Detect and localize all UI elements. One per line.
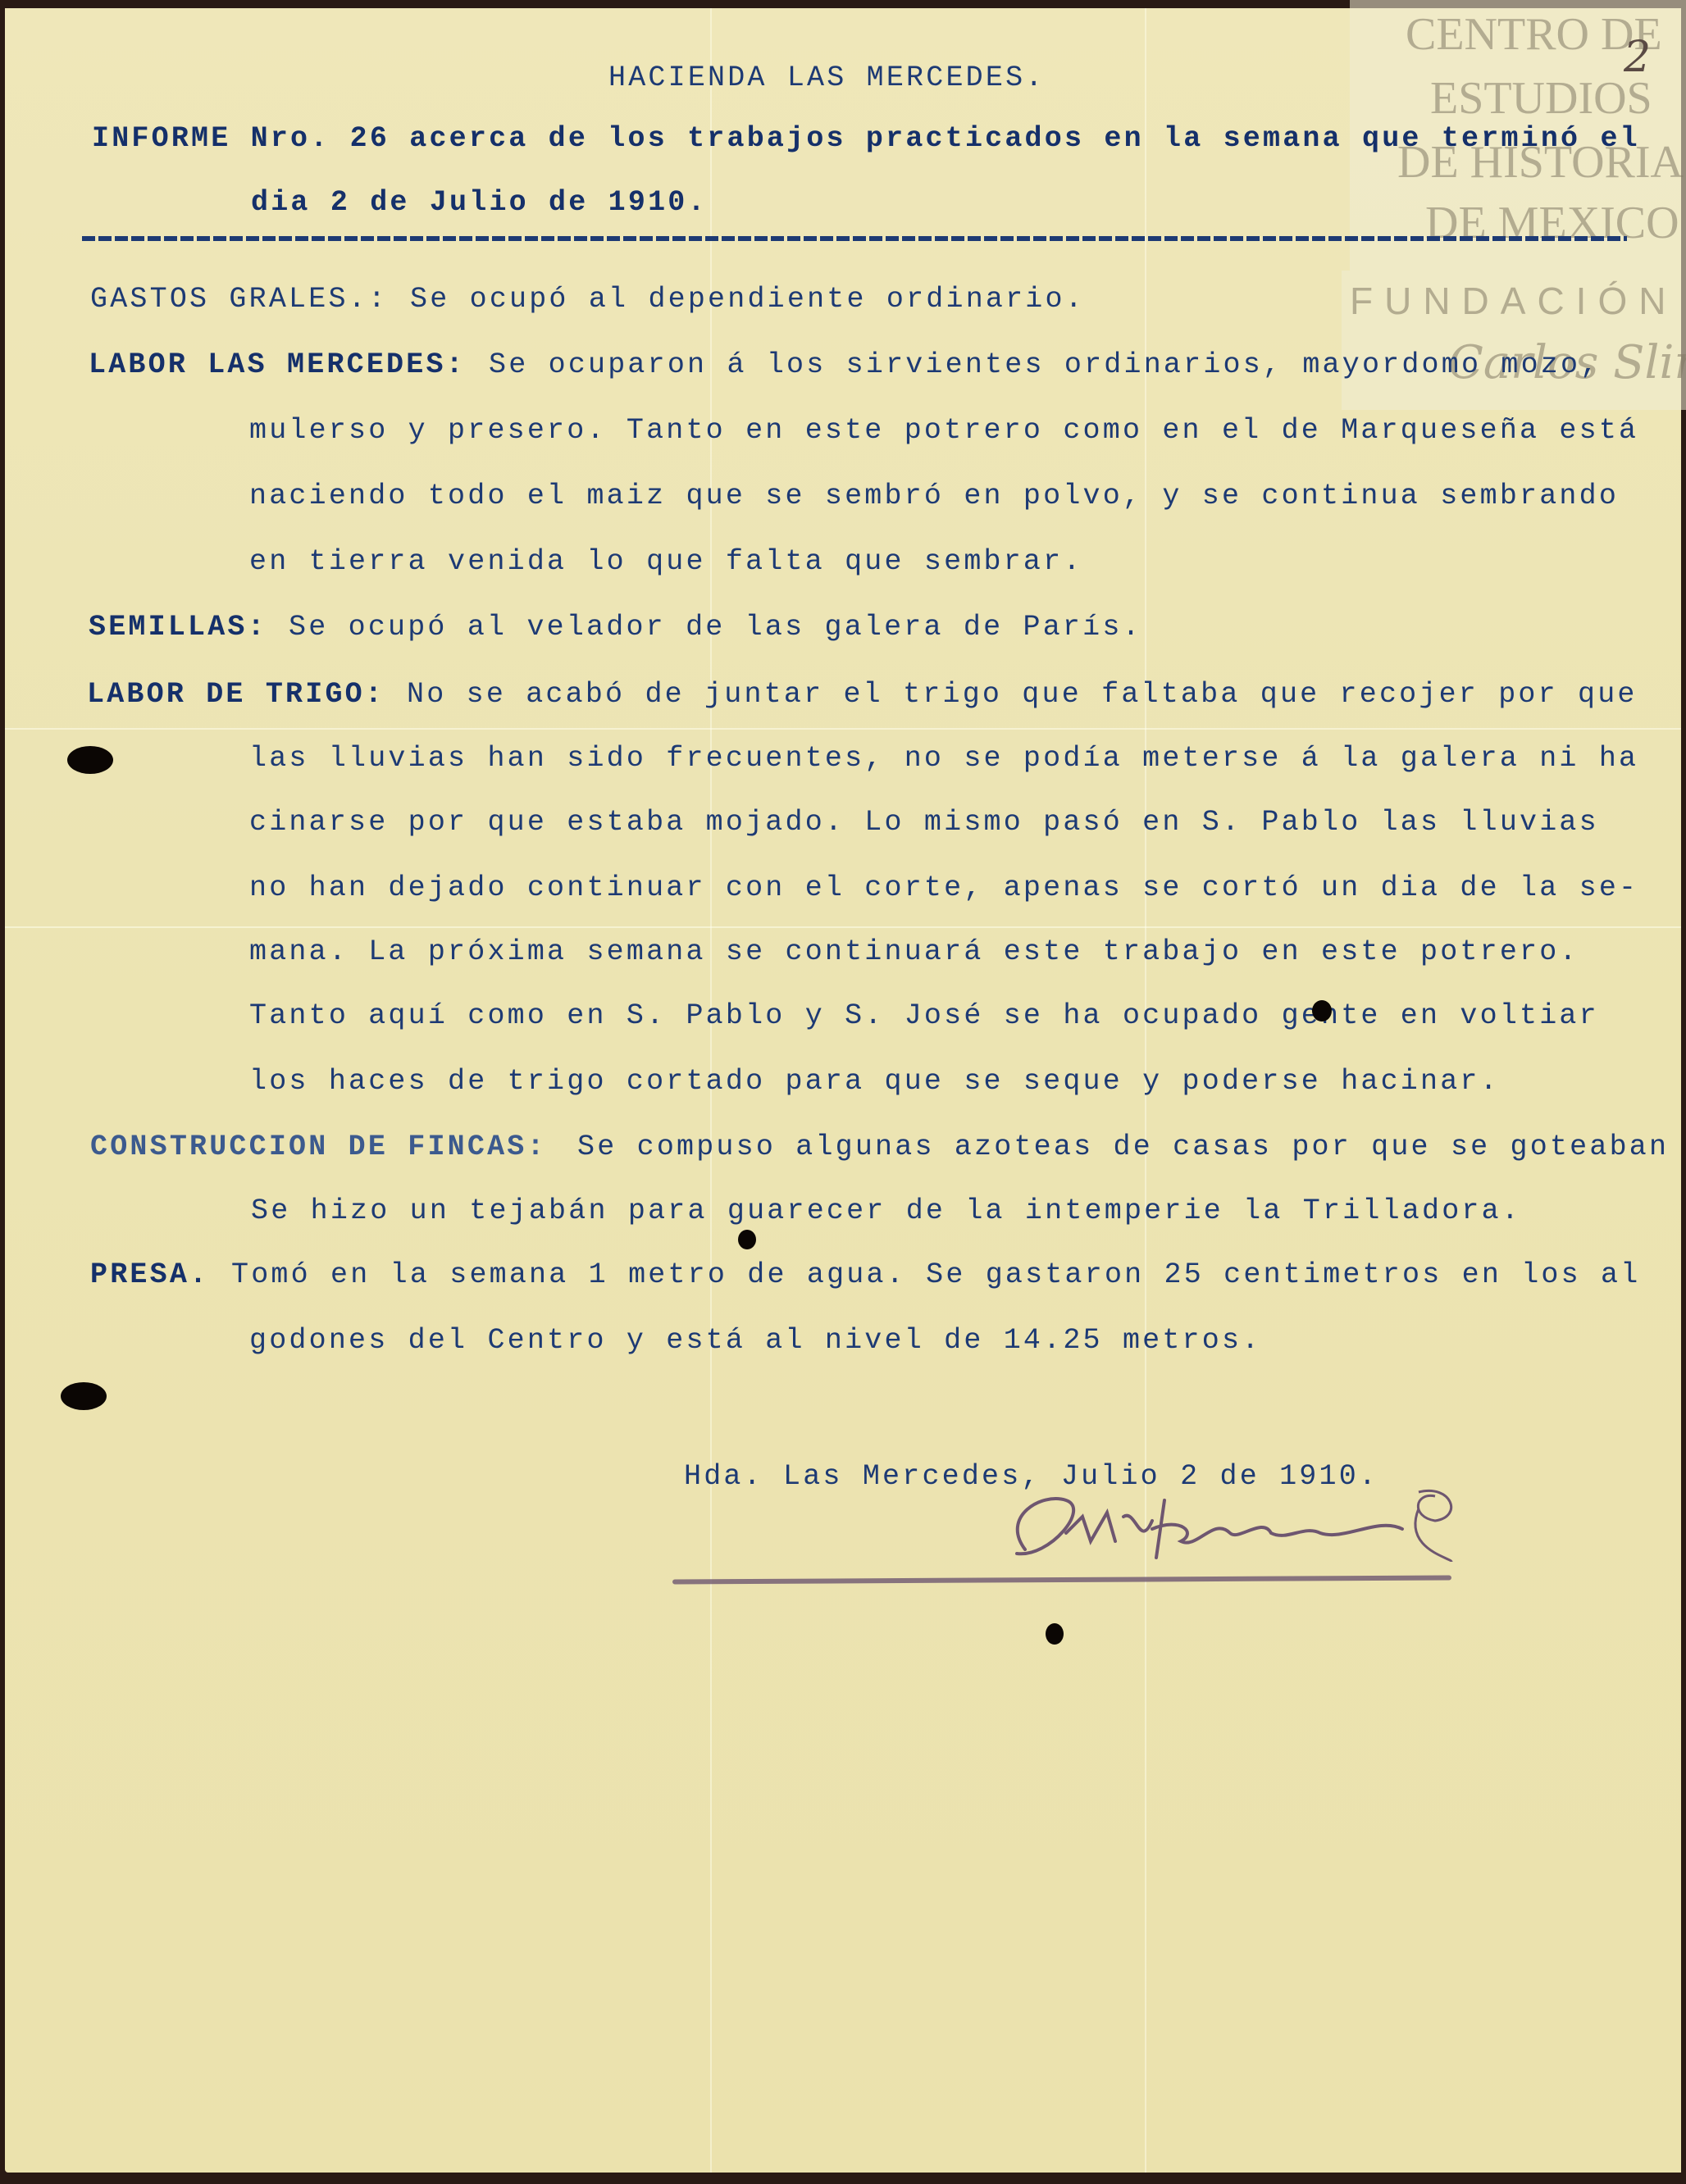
section-text: Se compuso algunas azoteas de casas por …	[577, 1133, 1669, 1162]
section-text: Se ocupó al velador de las galera de Par…	[289, 613, 1142, 642]
punch-hole	[61, 1382, 107, 1410]
document-title: HACIENDA LAS MERCEDES.	[608, 64, 1045, 93]
section-text: los haces de trigo cortado para que se s…	[249, 1067, 1500, 1096]
punch-hole	[67, 746, 113, 774]
separator-line	[82, 236, 1627, 241]
report-heading: INFORME Nro. 26 acerca de los trabajos p…	[92, 125, 1640, 153]
section-text: Tanto aquí como en S. Pablo y S. José se…	[249, 1002, 1599, 1031]
watermark-line: FUNDACIÓN	[1350, 279, 1677, 323]
section-text: naciendo todo el maiz que se sembró en p…	[249, 482, 1619, 511]
paper-fold	[5, 926, 1681, 928]
paper-fold	[5, 728, 1681, 730]
punch-hole	[738, 1230, 756, 1249]
section-label-presa: PRESA.	[90, 1261, 209, 1290]
section-text: cinarse por que estaba mojado. Lo mismo …	[249, 808, 1599, 837]
section-label-semillas: SEMILLAS:	[89, 613, 267, 642]
section-label-gastos: GASTOS GRALES.:	[90, 285, 388, 314]
section-text: mulerso y presero. Tanto en este potrero…	[249, 416, 1638, 445]
section-text: No se acabó de juntar el trigo que falta…	[407, 680, 1638, 709]
archive-watermark-lower: FUNDACIÓN Carlos Slim	[1342, 271, 1686, 410]
section-text: Se ocuparon á los sirvientes ordinarios,…	[489, 351, 1600, 380]
section-text: Se hizo un tejabán para guarecer de la i…	[251, 1197, 1521, 1226]
section-text: godones del Centro y está al nivel de 14…	[249, 1326, 1261, 1355]
section-text: no han dejado continuar con el corte, ap…	[249, 874, 1638, 903]
punch-hole	[1312, 1000, 1332, 1021]
section-text: mana. La próxima semana se continuará es…	[249, 938, 1579, 967]
handwritten-signature	[992, 1484, 1468, 1574]
section-text: las lluvias han sido frecuentes, no se p…	[249, 744, 1638, 773]
section-text: Tomó en la semana 1 metro de agua. Se ga…	[231, 1261, 1640, 1290]
watermark-line: DE MEXICO	[1425, 197, 1679, 249]
punch-hole	[1046, 1623, 1064, 1645]
section-label-construccion: CONSTRUCCION DE FINCAS:	[90, 1133, 547, 1162]
section-label-labor-mercedes: LABOR LAS MERCEDES:	[89, 351, 466, 380]
section-text: Se ocupó al dependiente ordinario.	[410, 285, 1085, 314]
section-label-labor-trigo: LABOR DE TRIGO:	[87, 680, 385, 709]
watermark-line: ESTUDIOS	[1430, 72, 1652, 125]
section-text: en tierra venida lo que falta que sembra…	[249, 548, 1083, 576]
page-number: 2	[1624, 33, 1651, 82]
report-date: dia 2 de Julio de 1910.	[251, 189, 708, 217]
